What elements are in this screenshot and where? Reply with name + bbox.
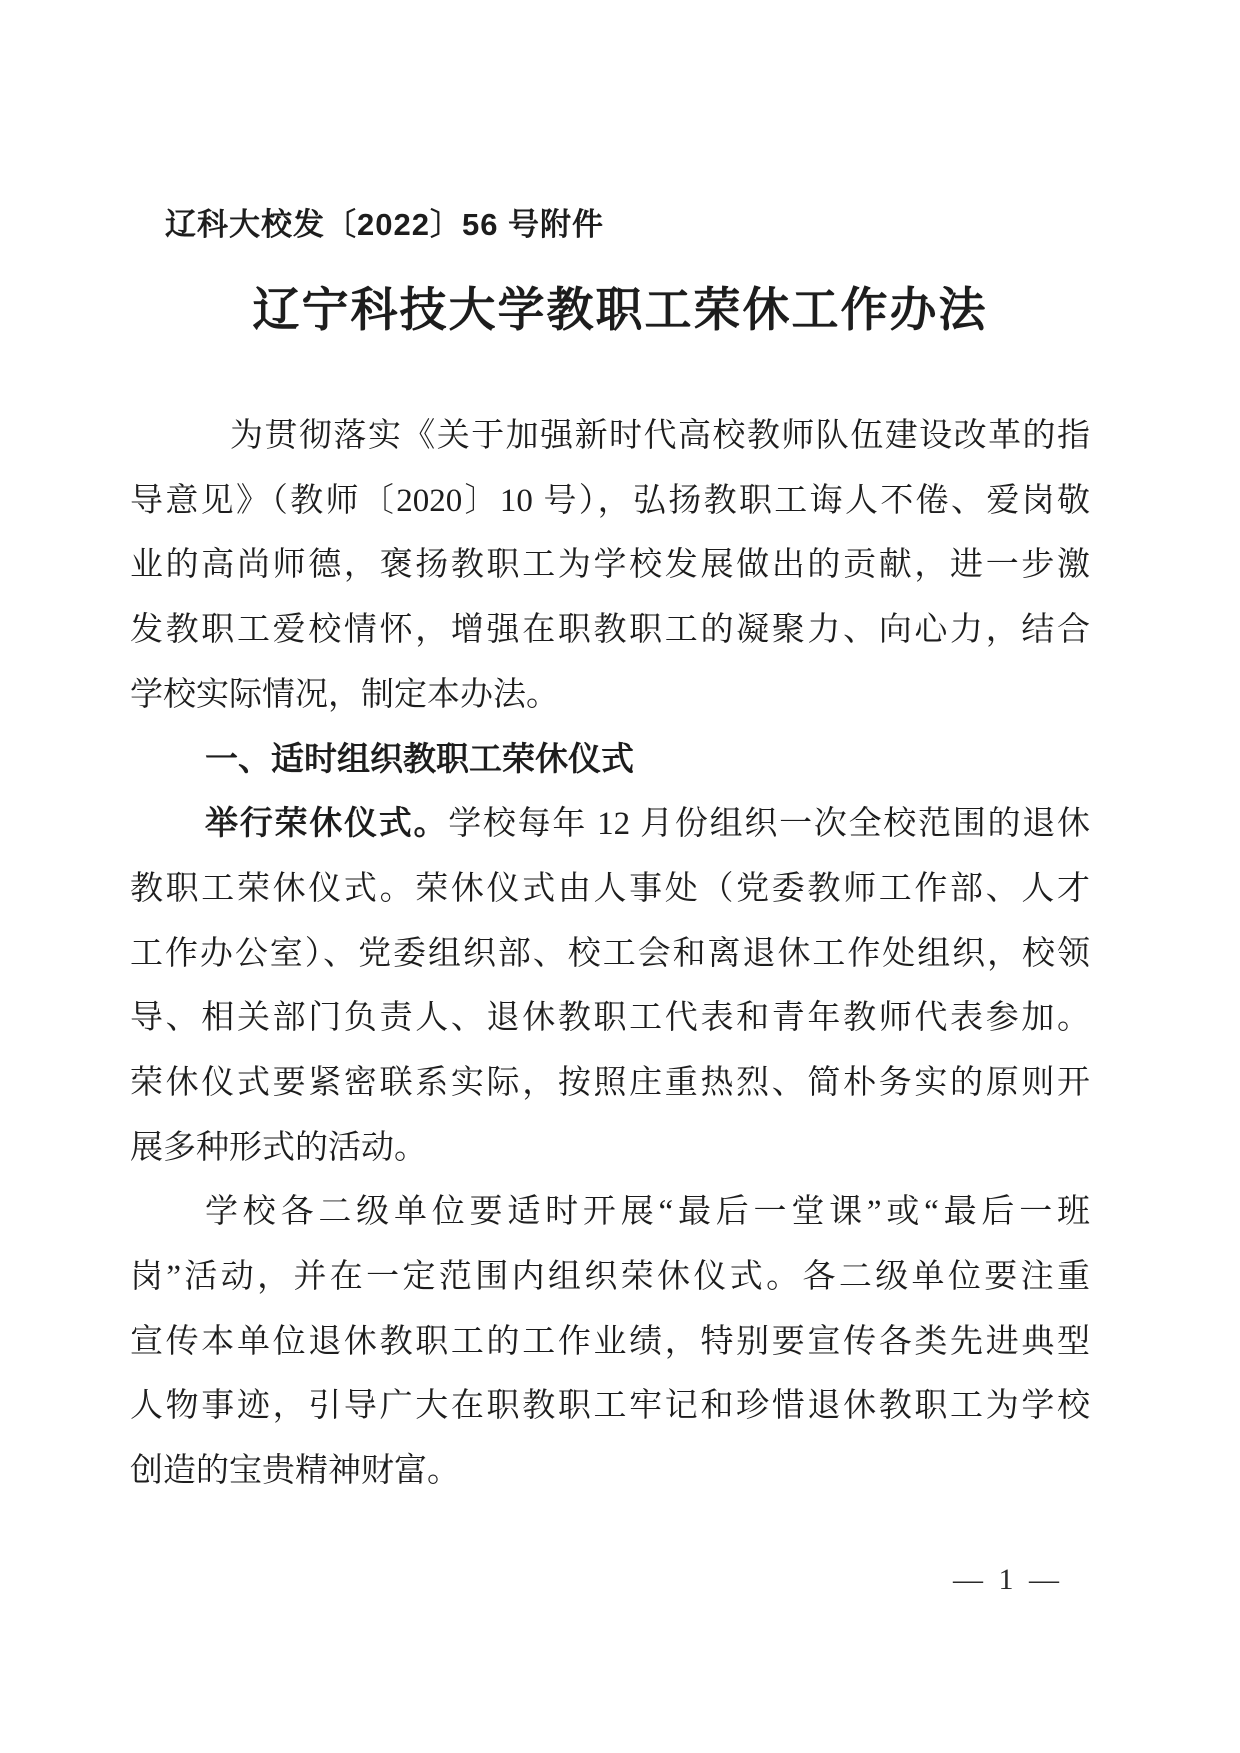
body-line: 导意见》（教师〔2020〕10 号），弘扬教职工诲人不倦、爱岗敬	[130, 469, 1090, 534]
document-body: 为贯彻落实《关于加强新时代高校教师队伍建设改革的指导意见》（教师〔2020〕10…	[130, 404, 1090, 1504]
doc-number: 辽科大校发〔2022〕56 号附件	[165, 205, 604, 245]
body-line: 导、相关部门负责人、退休教职工代表和青年教师代表参加。	[130, 986, 1090, 1051]
document-page: 辽科大校发〔2022〕56 号附件 辽宁科技大学教职工荣休工作办法 为贯彻落实《…	[0, 0, 1240, 1753]
page-title: 辽宁科技大学教职工荣休工作办法	[0, 282, 1240, 340]
body-line: 教职工荣休仪式。荣休仪式由人事处（党委教师工作部、人才	[130, 857, 1090, 922]
body-line: 为贯彻落实《关于加强新时代高校教师队伍建设改革的指	[130, 404, 1090, 469]
text-run: 创造的宝贵精神财富。	[130, 1453, 460, 1489]
text-run: 导、相关部门负责人、退休教职工代表和青年教师代表参加。	[130, 1000, 1090, 1036]
text-run: 导意见》（教师〔2020〕10 号），弘扬教职工诲人不倦、爱岗敬	[130, 483, 1090, 519]
body-line: 发教职工爱校情怀，增强在职教职工的凝聚力、向心力，结合	[130, 598, 1090, 663]
text-run: 学校每年 12 月份组织一次全校范围的退休	[448, 806, 1090, 842]
body-line: 业的高尚师德，褒扬教职工为学校发展做出的贡献，进一步激	[130, 533, 1090, 598]
body-line: 人物事迹，引导广大在职教职工牢记和珍惜退休教职工为学校	[130, 1374, 1090, 1439]
text-run: 教职工荣休仪式。荣休仪式由人事处（党委教师工作部、人才	[130, 871, 1090, 907]
bold-text-run: 一、适时组织教职工荣休仪式	[205, 740, 634, 777]
page-number: — 1 —	[953, 1560, 1063, 1600]
body-line: 创造的宝贵精神财富。	[130, 1439, 1090, 1504]
text-run: 为贯彻落实《关于加强新时代高校教师队伍建设改革的指	[230, 418, 1090, 454]
body-line: 宣传本单位退休教职工的工作业绩，特别要宣传各类先进典型	[130, 1310, 1090, 1375]
section-heading: 一、适时组织教职工荣休仪式	[130, 727, 1090, 792]
body-line: 学校各二级单位要适时开展“最后一堂课”或“最后一班	[130, 1180, 1090, 1245]
body-line: 学校实际情况，制定本办法。	[130, 663, 1090, 728]
text-run: 荣休仪式要紧密联系实际，按照庄重热烈、简朴务实的原则开	[130, 1065, 1090, 1101]
text-run: 宣传本单位退休教职工的工作业绩，特别要宣传各类先进典型	[130, 1324, 1090, 1360]
text-run: 展多种形式的活动。	[130, 1130, 427, 1166]
body-line: 岗”活动，并在一定范围内组织荣休仪式。各二级单位要注重	[130, 1245, 1090, 1310]
body-line: 工作办公室）、党委组织部、校工会和离退休工作处组织，校领	[130, 922, 1090, 987]
text-run: 学校各二级单位要适时开展“最后一堂课”或“最后一班	[205, 1194, 1090, 1230]
text-run: 业的高尚师德，褒扬教职工为学校发展做出的贡献，进一步激	[130, 547, 1090, 583]
text-run: 岗”活动，并在一定范围内组织荣休仪式。各二级单位要注重	[130, 1259, 1090, 1295]
text-run: 人物事迹，引导广大在职教职工牢记和珍惜退休教职工为学校	[130, 1388, 1090, 1424]
body-line: 展多种形式的活动。	[130, 1116, 1090, 1181]
text-run: 工作办公室）、党委组织部、校工会和离退休工作处组织，校领	[130, 936, 1090, 972]
body-line: 荣休仪式要紧密联系实际，按照庄重热烈、简朴务实的原则开	[130, 1051, 1090, 1116]
body-line: 举行荣休仪式。学校每年 12 月份组织一次全校范围的退休	[130, 792, 1090, 857]
text-run: 学校实际情况，制定本办法。	[130, 677, 559, 713]
text-run: 发教职工爱校情怀，增强在职教职工的凝聚力、向心力，结合	[130, 612, 1090, 648]
bold-text-run: 举行荣休仪式。	[205, 806, 448, 842]
